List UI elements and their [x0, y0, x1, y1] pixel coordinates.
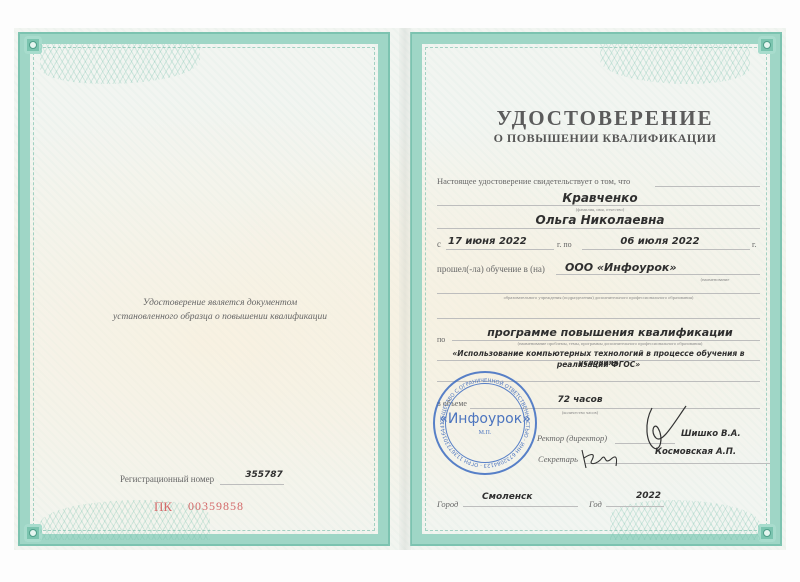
- trained-label: прошел(-ла) обучение в (на): [437, 264, 545, 274]
- from-underline: [446, 249, 554, 250]
- surname-field: Кравченко: [440, 191, 760, 205]
- institution-underline: [556, 274, 760, 275]
- center-fold: [399, 28, 411, 550]
- from-label: с: [437, 239, 441, 249]
- given-names-underline: [437, 228, 760, 229]
- year-field: 2022: [606, 491, 661, 501]
- rector-label: Ректор (директор): [537, 433, 607, 443]
- series-prefix: ПК: [154, 499, 172, 515]
- corner-rosette-icon: [758, 36, 776, 54]
- organization-stamp: ОБЩЕСТВО С ОГРАНИЧЕННОЙ ОТВЕТСТВЕННОСТЬЮ…: [433, 371, 537, 475]
- separator-line: [437, 318, 760, 319]
- institution-caption-2: образовательного учреждения (подразделен…: [437, 295, 760, 300]
- secretary-label: Секретарь: [538, 454, 578, 464]
- to-label: г. по: [557, 240, 572, 249]
- surname-underline: [437, 205, 760, 206]
- institution-underline-2: [437, 293, 760, 294]
- certificate-subtitle: О ПОВЫШЕНИИ КВАЛИФИКАЦИИ: [470, 131, 740, 146]
- to-date: 06 июля 2022: [590, 236, 730, 247]
- document-note-line1: Удостоверение является документом: [100, 298, 340, 308]
- stamp-name: «Инфоурок»: [435, 411, 535, 427]
- from-date: 17 июня 2022: [448, 236, 548, 247]
- program-label: по: [437, 335, 445, 344]
- hours-field: 72 часов: [520, 395, 640, 405]
- registration-number: 355787: [244, 470, 284, 480]
- intro-text: Настоящее удостоверение свидетельствует …: [437, 176, 630, 186]
- stamp-mp: М.П.: [435, 430, 535, 436]
- year-underline: [606, 506, 664, 507]
- city-underline: [463, 506, 578, 507]
- left-guilloche-frame: [18, 32, 390, 546]
- year-suffix: г.: [752, 240, 756, 249]
- intro-underline: [655, 186, 760, 187]
- secretary-signature: [578, 446, 623, 472]
- registration-label: Регистрационный номер: [120, 474, 214, 484]
- program-name-line2: реализации ФГОС»: [437, 360, 760, 369]
- corner-rosette-icon: [758, 524, 776, 542]
- institution-caption: (наименование: [690, 277, 740, 282]
- rector-signature: [640, 398, 690, 458]
- fio-caption: (фамилия, имя, отчество): [560, 207, 640, 212]
- registration-underline: [220, 484, 284, 485]
- series-number: 00359858: [188, 499, 244, 514]
- program-type: программе повышения квалификации: [460, 326, 760, 339]
- city-field: Смоленск: [470, 492, 572, 502]
- hours-caption: (количество часов): [545, 410, 615, 415]
- certificate-title: УДОСТОВЕРЕНИЕ: [480, 106, 730, 131]
- city-label: Город: [437, 499, 458, 509]
- program-caption: (наименование проблемы, темы, программы …: [460, 341, 760, 346]
- institution-field: ООО «Инфоурок»: [545, 261, 715, 274]
- to-underline: [582, 249, 750, 250]
- given-names-field: Ольга Николаевна: [440, 213, 760, 227]
- document-note-line2: установленного образца о повышении квали…: [100, 312, 340, 322]
- rector-name: Шишко В.А.: [681, 429, 771, 439]
- year-label: Год: [589, 499, 602, 509]
